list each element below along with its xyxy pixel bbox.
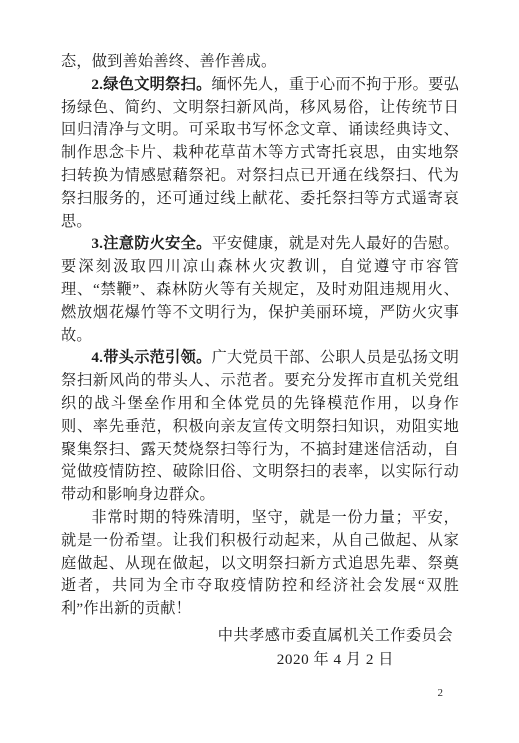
paragraph-fire-safety: 3.注意防火安全。平安健康，就是对先人最好的告慰。要深刻汲取四川凉山森林火灾教训… [61, 233, 459, 347]
document-body: 态，做到善始善终、善作善成。 2.绿色文明祭扫。缅怀先人，重于心而不拘于形。要弘… [61, 51, 459, 621]
paragraph-lead: 3.注意防火安全。 [91, 235, 211, 252]
signature-block: 中共孝感市委直属机关工作委员会 2020 年 4 月 2 日 [218, 624, 453, 672]
paragraph-lead: 2.绿色文明祭扫。 [91, 76, 211, 93]
paragraph-lead: 4.带头示范引领。 [91, 349, 211, 366]
paragraph-text: 态，做到善始善终、善作善成。 [61, 53, 276, 70]
paragraph-text: 非常时期的特殊清明，坚守，就是一份力量；平安，就是一份希望。让我们积极行动起来，… [61, 509, 459, 617]
signature-organization: 中共孝感市委直属机关工作委员会 [218, 624, 453, 648]
paragraph-continuation: 态，做到善始善终、善作善成。 [61, 51, 459, 74]
paragraph-text: 缅怀先人，重于心而不拘于形。要弘扬绿色、简约、文明祭扫新风尚，移风易俗，让传统节… [61, 76, 459, 230]
document-page: 态，做到善始善终、善作善成。 2.绿色文明祭扫。缅怀先人，重于心而不拘于形。要弘… [0, 0, 519, 743]
signature-date: 2020 年 4 月 2 日 [218, 648, 453, 672]
paragraph-green-civilized-sweeping: 2.绿色文明祭扫。缅怀先人，重于心而不拘于形。要弘扬绿色、简约、文明祭扫新风尚，… [61, 74, 459, 234]
paragraph-text: 广大党员干部、公职人员是弘扬文明祭扫新风尚的带头人、示范者。要充分发挥市直机关党… [61, 349, 459, 503]
paragraph-lead-by-example: 4.带头示范引领。广大党员干部、公职人员是弘扬文明祭扫新风尚的带头人、示范者。要… [61, 347, 459, 507]
page-number: 2 [438, 686, 444, 700]
paragraph-closing: 非常时期的特殊清明，坚守，就是一份力量；平安，就是一份希望。让我们积极行动起来，… [61, 507, 459, 621]
